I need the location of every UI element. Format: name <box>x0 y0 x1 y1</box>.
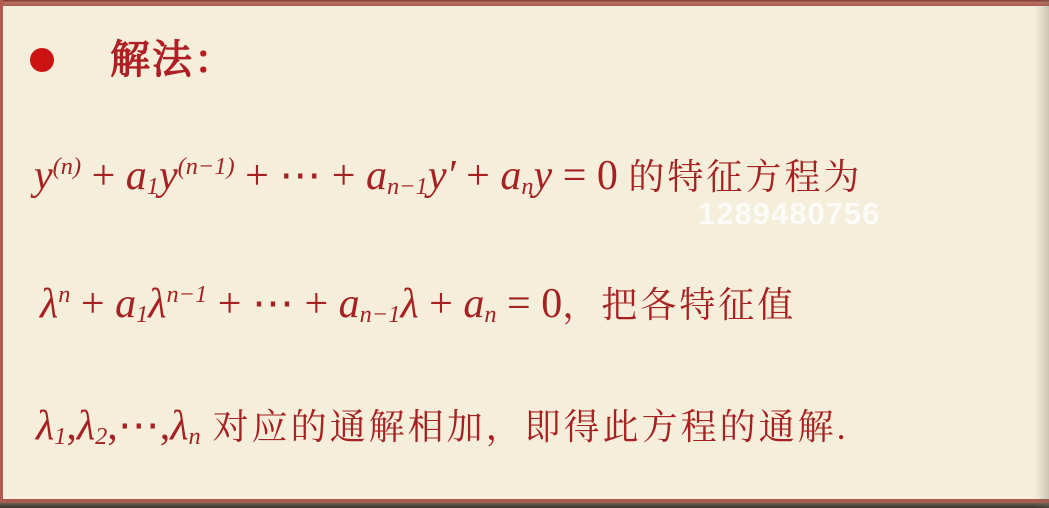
math-segment: ， <box>562 285 601 325</box>
formula-ode: y(n) + a1y(n−1) + ⋯ + an−1y′ + any = 0 的… <box>34 150 862 203</box>
bullet-icon <box>30 48 54 72</box>
top-border-bar <box>0 0 1049 6</box>
math-segment: n−1 <box>360 301 401 328</box>
formula-general-solution: λ1,λ2,⋯,λn 对应的通解相加，即得此方程的通解. <box>36 400 849 453</box>
math-segment: + ⋯ + <box>235 153 366 199</box>
math-segment: 1 <box>147 173 159 200</box>
math-segment: n <box>188 423 200 450</box>
math-segment: λ <box>170 403 188 449</box>
math-segment: λ <box>77 403 95 449</box>
math-segment: n <box>521 173 533 200</box>
math-segment: a <box>463 281 484 327</box>
right-edge-shadow <box>1035 0 1049 508</box>
math-segment: a <box>126 153 147 199</box>
math-segment: = 0 <box>552 153 628 199</box>
math-segment: 的特征方程为 <box>628 157 862 197</box>
math-segment: λ <box>40 281 58 327</box>
math-segment: n−1 <box>387 173 428 200</box>
math-segment: + <box>81 153 126 199</box>
math-segment: , <box>66 403 77 449</box>
math-segment: a <box>339 281 360 327</box>
math-segment: + <box>456 153 501 199</box>
watermark-text: 1289480756 <box>698 196 880 232</box>
math-segment: y <box>534 153 553 199</box>
math-segment: y <box>34 153 53 199</box>
formula-characteristic-equation: λn + a1λn−1 + ⋯ + an−1λ + an = 0，把各特征值 <box>40 278 796 331</box>
heading-label: 解法： <box>110 28 236 85</box>
math-segment: 对应的通解相加，即得此方程的通解. <box>201 407 849 447</box>
math-segment: λ <box>148 281 166 327</box>
math-segment: 1 <box>136 301 148 328</box>
math-segment: = 0 <box>497 281 563 327</box>
math-segment: n−1 <box>166 281 207 308</box>
math-segment: + ⋯ + <box>207 281 338 327</box>
math-segment: 2 <box>95 423 107 450</box>
math-segment: a <box>500 153 521 199</box>
section-heading: 解法： <box>30 28 236 85</box>
math-segment: λ <box>400 281 418 327</box>
math-segment: + <box>419 281 464 327</box>
left-border-line <box>0 0 3 508</box>
math-segment: a <box>366 153 387 199</box>
math-segment: 1 <box>54 423 66 450</box>
math-segment: y <box>159 153 178 199</box>
math-segment: + <box>70 281 115 327</box>
bottom-edge-strip <box>0 503 1049 508</box>
math-segment: n <box>484 301 496 328</box>
math-segment: y′ <box>428 153 456 199</box>
math-segment: a <box>115 281 136 327</box>
math-segment: (n−1) <box>178 153 235 180</box>
math-segment: ,⋯, <box>107 403 170 449</box>
lecture-slide: 解法： y(n) + a1y(n−1) + ⋯ + an−1y′ + any =… <box>0 0 1049 508</box>
math-segment: (n) <box>53 153 81 180</box>
math-segment: λ <box>36 403 54 449</box>
math-segment: 把各特征值 <box>601 285 796 325</box>
math-segment: n <box>58 281 70 308</box>
